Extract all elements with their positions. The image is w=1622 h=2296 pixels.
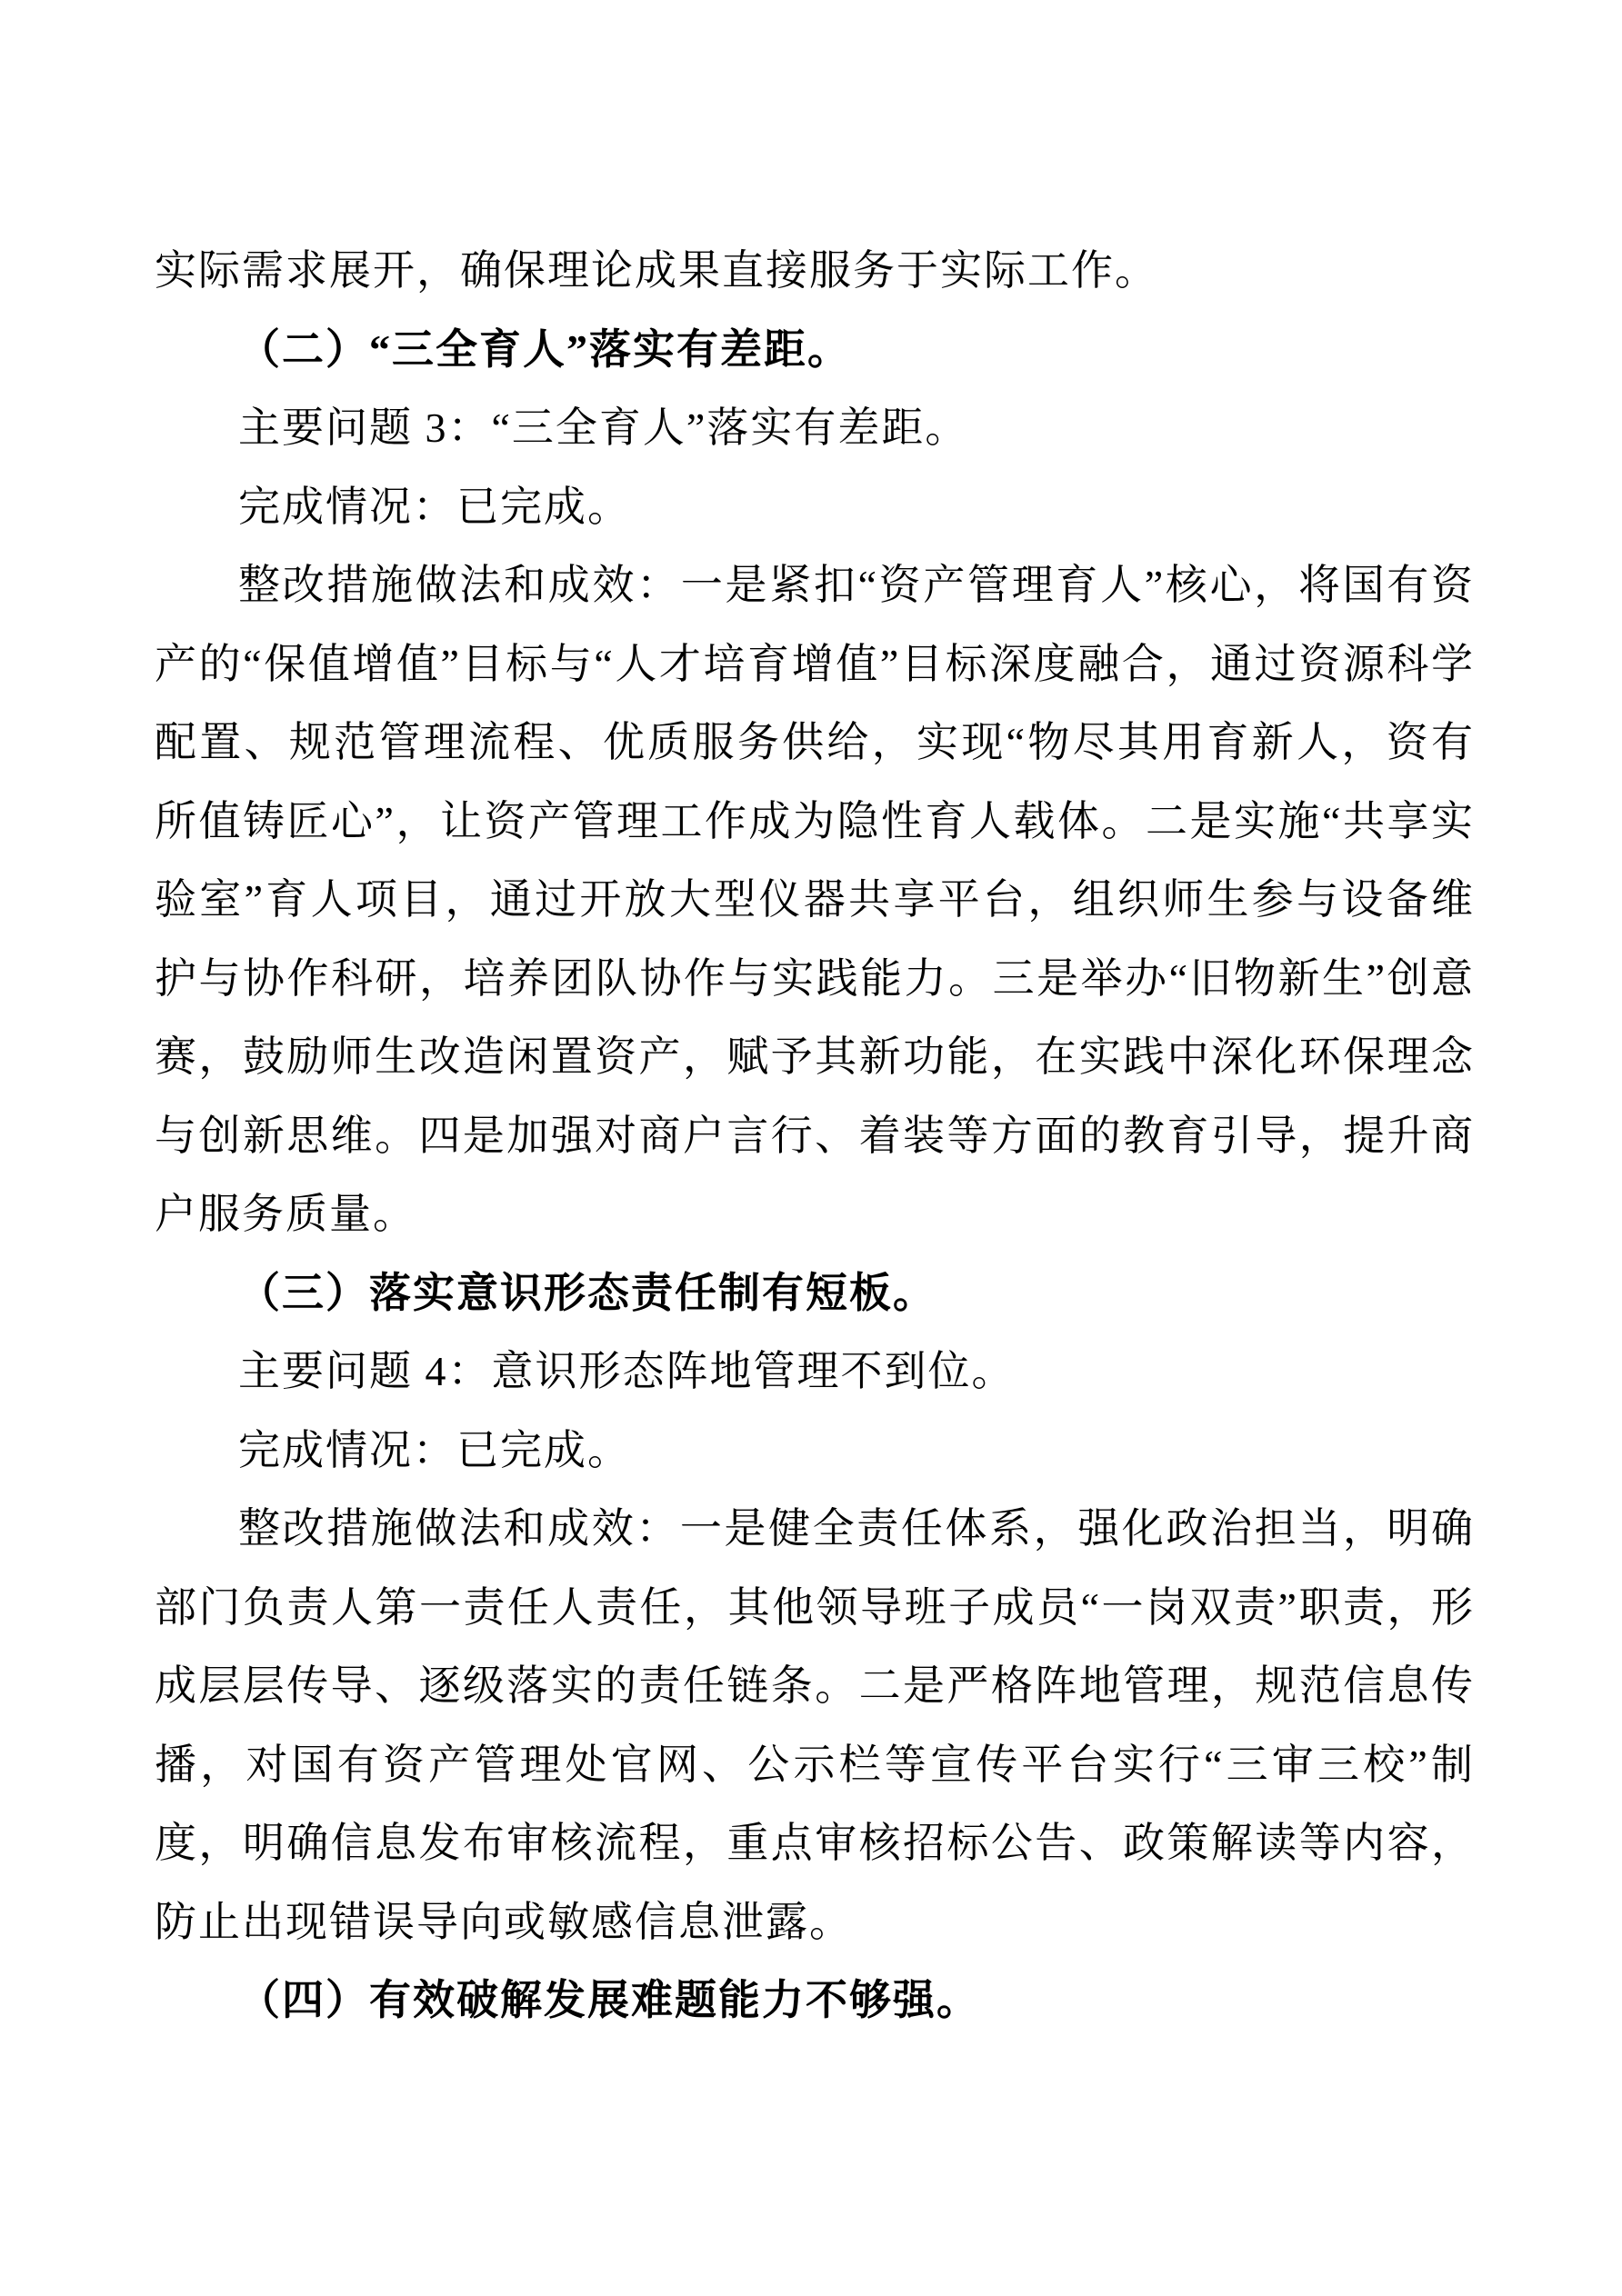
section-heading-2: （二）“三全育人”落实有差距。 bbox=[155, 311, 1475, 390]
document-body: 实际需求展开，确保理论成果直接服务于实际工作。 （二）“三全育人”落实有差距。 … bbox=[155, 232, 1475, 2041]
paragraph-completion-status-4: 完成情况：已完成。 bbox=[155, 1412, 1475, 1491]
paragraph-rectification-measures-3: 整改措施做法和成效：一是紧扣“资产管理育人”核心，将国有资产的“保值增值”目标与… bbox=[155, 546, 1475, 1254]
section-heading-3: （三）落实意识形态责任制有短板。 bbox=[155, 1254, 1475, 1333]
paragraph-completion-status-3: 完成情况：已完成。 bbox=[155, 468, 1475, 547]
paragraph-main-issue-3: 主要问题 3：“三全育人”落实有差距。 bbox=[155, 389, 1475, 468]
document-page: 实际需求展开，确保理论成果直接服务于实际工作。 （二）“三全育人”落实有差距。 … bbox=[0, 0, 1622, 2296]
paragraph-rectification-measures-4: 整改措施做法和成效：一是健全责任体系，强化政治担当，明确部门负责人第一责任人责任… bbox=[155, 1490, 1475, 1962]
paragraph-main-issue-4: 主要问题 4：意识形态阵地管理不到位。 bbox=[155, 1333, 1475, 1412]
paragraph-continuation: 实际需求展开，确保理论成果直接服务于实际工作。 bbox=[155, 232, 1475, 311]
section-heading-4: （四）有效破解发展难题能力不够强。 bbox=[155, 1962, 1475, 2041]
